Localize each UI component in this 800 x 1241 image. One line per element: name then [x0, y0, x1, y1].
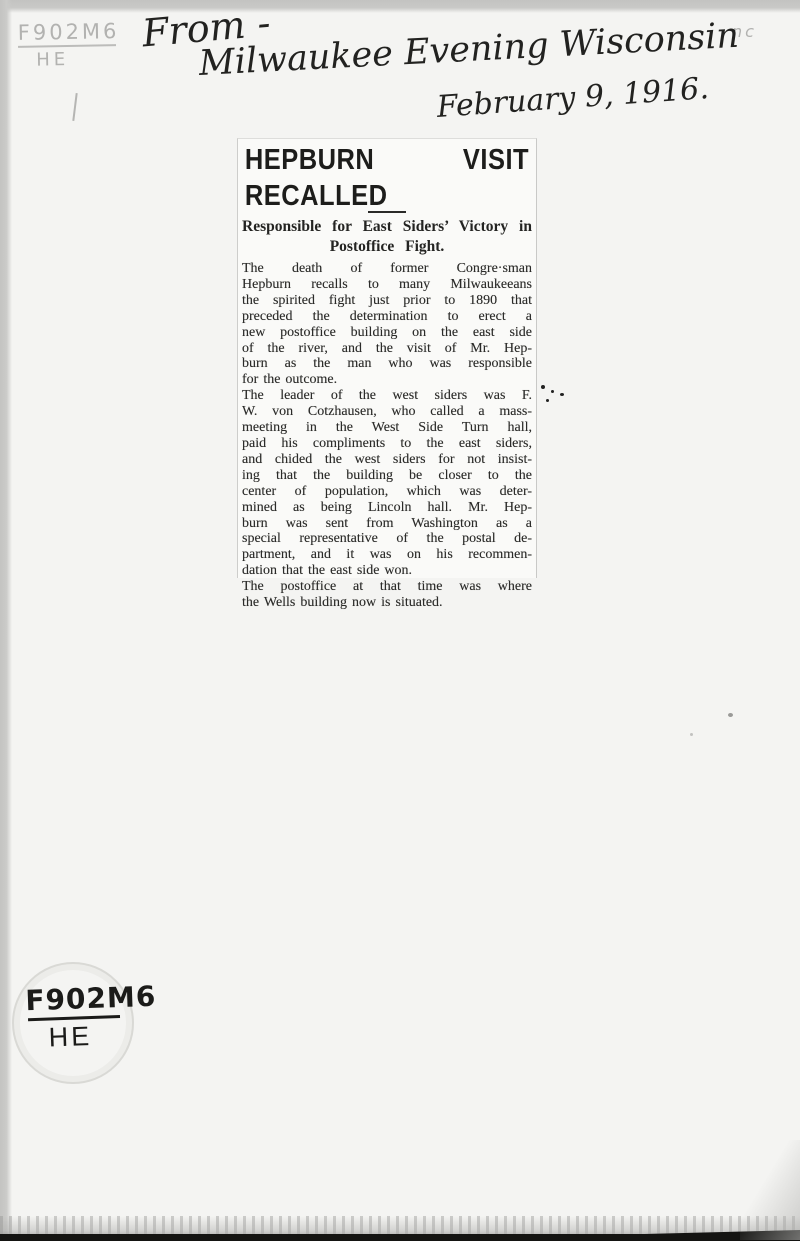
pencil-call-number: F902M6 HE — [18, 19, 121, 71]
article-body: The death of former Congre·smanHepburn r… — [242, 261, 532, 611]
stamp-call-number-line2: HE — [48, 1019, 158, 1054]
newspaper-clipping: HEPBURN VISIT RECALLED Responsible for E… — [237, 138, 537, 578]
subhead-line-1: Responsible for East Siders’ Victory in — [242, 217, 532, 236]
ink-speck — [541, 385, 545, 389]
body-line: The leader of the west siders was F. — [242, 388, 532, 404]
body-line: preceded the determination to erect a — [242, 309, 532, 325]
stamp-call-number-line1: F902M6 — [25, 980, 157, 1018]
body-line: Hepburn recalls to many Milwaukeeans — [242, 277, 532, 293]
body-line: center of population, which was deter- — [242, 484, 532, 500]
ink-speck — [546, 399, 549, 402]
pencil-call-number-rule — [18, 44, 116, 48]
scan-edge-bottom-speckle — [0, 1216, 800, 1234]
body-line: burn was sent from Washington as a — [242, 516, 532, 532]
pencil-tick-mark — [72, 93, 77, 121]
body-line: The death of former Congre·sman — [242, 261, 532, 277]
article-headline: HEPBURN VISIT RECALLED — [245, 141, 529, 213]
body-line: burn as the man who was responsible — [242, 356, 532, 372]
stamp-call-number: F902M6 HE — [25, 980, 158, 1055]
dust-speck — [690, 733, 693, 736]
body-line: the Wells building now is situated. — [242, 595, 532, 611]
pencil-call-number-line2: HE — [36, 48, 120, 70]
pencil-call-number-line1: F902M6 — [18, 19, 120, 45]
body-line: partment, and it was on his recommen- — [242, 547, 532, 563]
ink-speck — [560, 393, 564, 396]
article-paragraph: The postoffice at that time was wherethe… — [242, 579, 532, 611]
body-line: mined as being Lincoln hall. Mr. Hep- — [242, 500, 532, 516]
body-line: special representative of the postal de- — [242, 531, 532, 547]
article-paragraph: The death of former Congre·smanHepburn r… — [242, 261, 532, 388]
body-line: new postoffice building on the east side — [242, 325, 532, 341]
body-line: and chided the west siders for not insis… — [242, 452, 532, 468]
article-paragraph: The leader of the west siders was F.W. v… — [242, 388, 532, 579]
scanned-page: F902M6 HE nc From - Milwaukee Evening Wi… — [0, 0, 800, 1241]
body-line: W. von Cotzhausen, who called a mass- — [242, 404, 532, 420]
scan-edge-left — [0, 0, 12, 1241]
scan-corner-bottom-right — [740, 1140, 800, 1240]
body-line: ing that the building be closer to the — [242, 468, 532, 484]
ink-speck — [551, 390, 554, 393]
body-line: meeting in the West Side Turn hall, — [242, 420, 532, 436]
body-line: of the river, and the visit of Mr. Hep- — [242, 341, 532, 357]
handwritten-date: February 9, 1916. — [436, 71, 710, 125]
body-line: for the outcome. — [242, 372, 532, 388]
dust-speck — [728, 713, 733, 717]
body-line: dation that the east side won. — [242, 563, 532, 579]
body-line: the spirited fight just prior to 1890 th… — [242, 293, 532, 309]
body-line: The postoffice at that time was where — [242, 579, 532, 595]
subhead-line-2: Postoffice Fight. — [242, 237, 532, 256]
scan-edge-top — [0, 0, 800, 13]
article-subhead: Responsible for East Siders’ Victory in … — [242, 217, 532, 256]
body-line: paid his compliments to the east siders, — [242, 436, 532, 452]
